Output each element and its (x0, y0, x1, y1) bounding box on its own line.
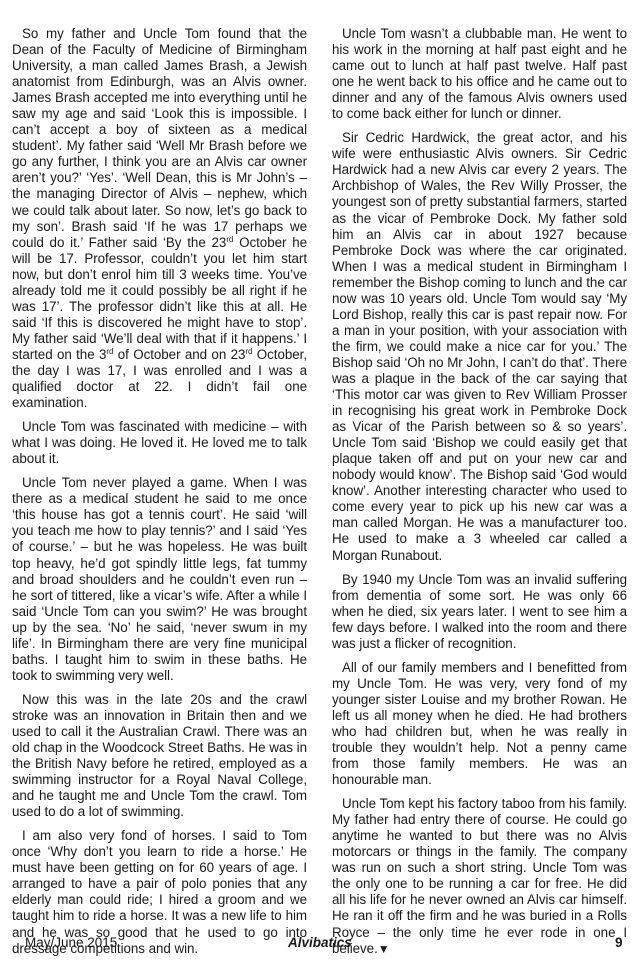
paragraph-factory: Uncle Tom kept his factory taboo from hi… (332, 796, 627, 956)
paragraph-bishop: Sir Cedric Hardwick, the great actor, an… (332, 130, 627, 563)
paragraph-dean-enrolment: So my father and Uncle Tom found that th… (12, 26, 307, 411)
publication-title: Alvibatics (288, 935, 352, 950)
paragraph-1940: By 1940 my Uncle Tom was an invalid suff… (332, 572, 627, 652)
magazine-page: So my father and Uncle Tom found that th… (0, 0, 640, 960)
paragraph-tennis: Uncle Tom never played a game. When I wa… (12, 475, 307, 684)
text-run: So my father and Uncle Tom found that th… (12, 26, 307, 250)
page-footer: May/June 2015 Alvibatics 9 (0, 935, 640, 955)
paragraph-family: All of our family members and I benefitt… (332, 660, 627, 788)
text-run: Uncle Tom kept his factory taboo from hi… (332, 796, 627, 955)
left-column: So my father and Uncle Tom found that th… (12, 26, 307, 960)
text-run: October he will be 17. Professor, couldn… (12, 235, 307, 362)
paragraph-clubbable: Uncle Tom wasn’t a clubbable man. He wen… (332, 26, 627, 122)
paragraph-medicine: Uncle Tom was fascinated with medicine –… (12, 419, 307, 467)
issue-date: May/June 2015 (25, 935, 117, 950)
right-column: Uncle Tom wasn’t a clubbable man. He wen… (332, 26, 627, 960)
page-number: 9 (615, 935, 623, 950)
text-run: of October and on 23 (113, 347, 245, 362)
paragraph-crawl: Now this was in the late 20s and the cra… (12, 692, 307, 820)
